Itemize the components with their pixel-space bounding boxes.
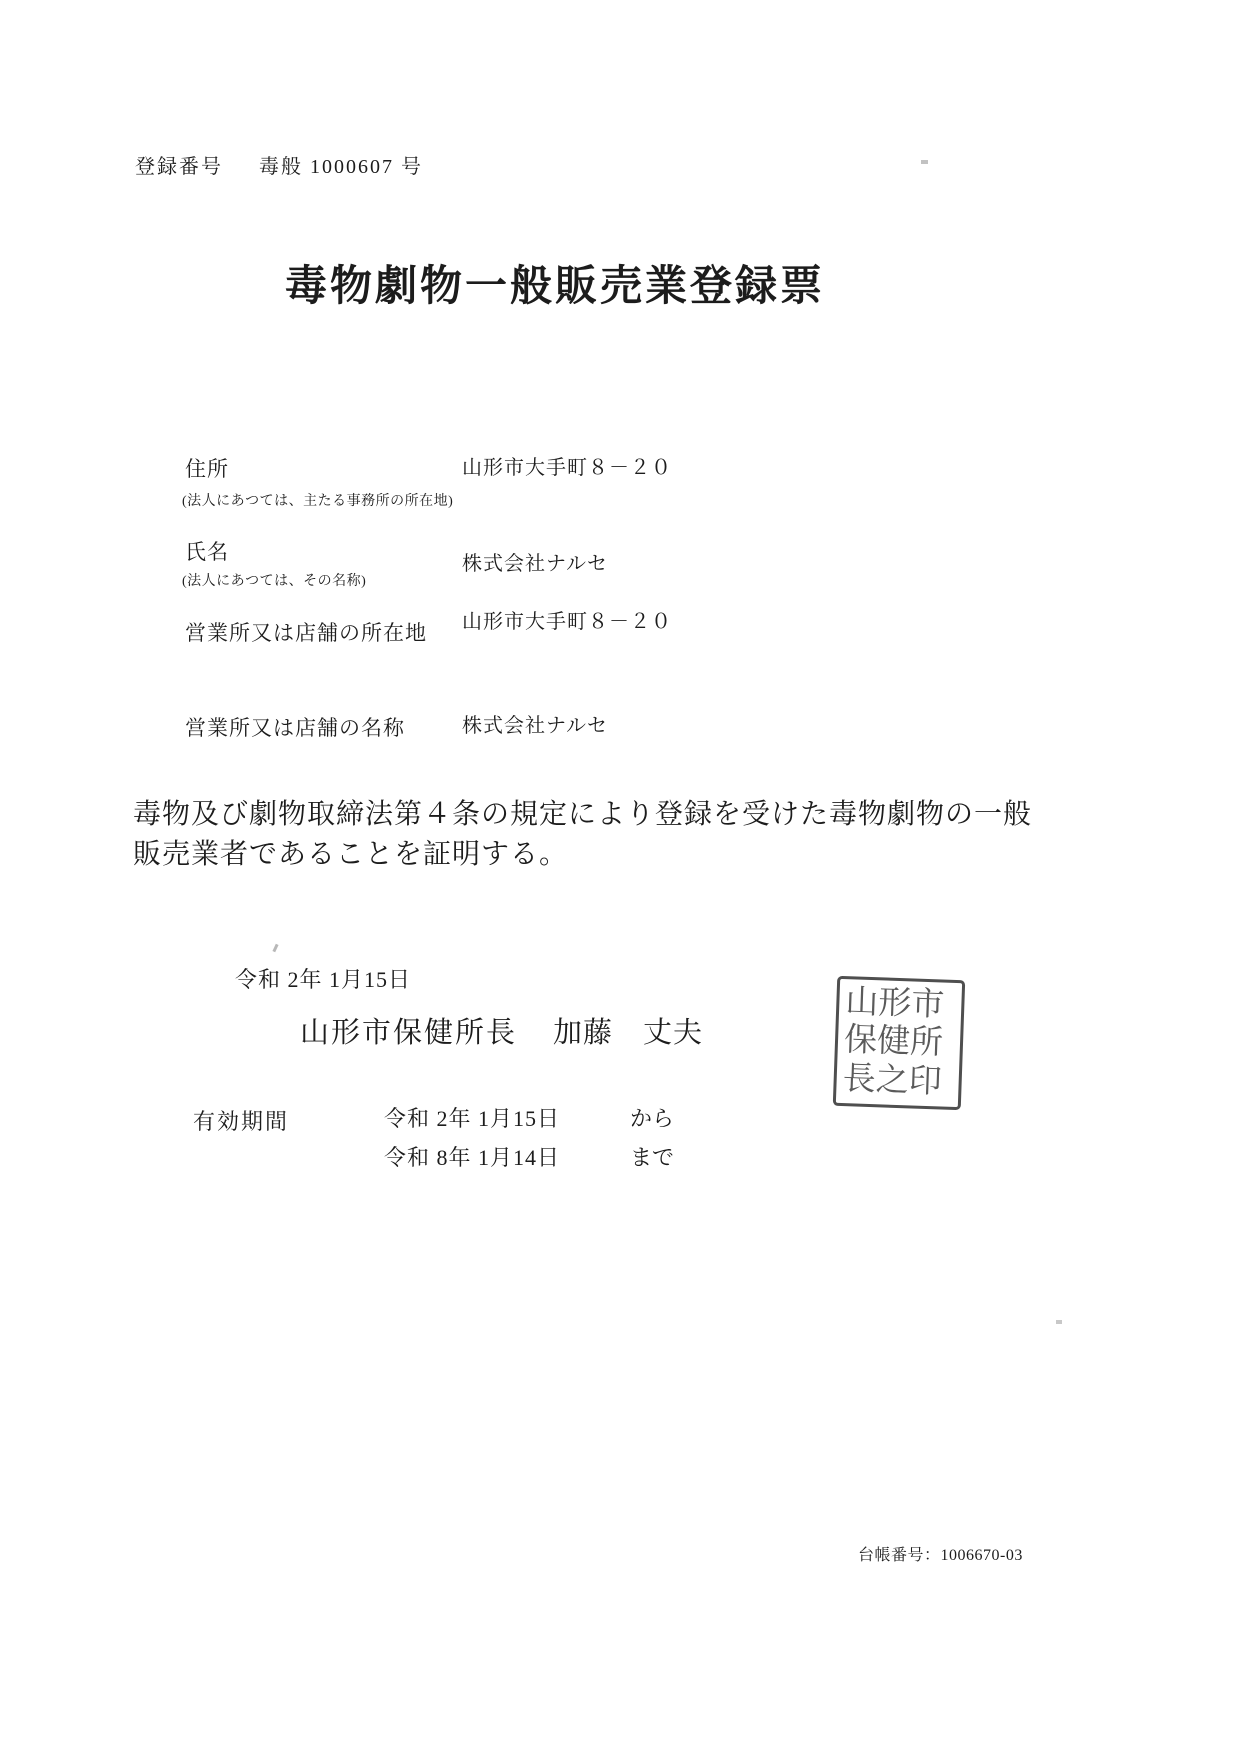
issue-date: 令和 2年 1月15日 bbox=[235, 963, 411, 994]
field-note-address: (法人にあつては、主たる事務所の所在地) bbox=[182, 490, 453, 510]
field-value-address: 山形市大手町８－２０ bbox=[462, 451, 672, 480]
ledger-number-label: 台帳番号 bbox=[858, 1547, 924, 1564]
scan-artifact bbox=[1056, 1320, 1062, 1324]
field-value-office-name: 株式会社ナルセ bbox=[462, 709, 608, 738]
issuer-title: 山形市保健所長 bbox=[300, 1010, 517, 1051]
ledger-number-separator: ： bbox=[924, 1547, 941, 1564]
registration-number-line: 登録番号毒般 1000607 号 bbox=[135, 150, 423, 179]
field-label-office-name: 営業所又は店舗の名称 bbox=[185, 712, 405, 742]
validity-period-label: 有効期間 bbox=[193, 1105, 289, 1136]
field-label-name: 氏名 bbox=[185, 536, 229, 566]
field-value-office-address: 山形市大手町８－２０ bbox=[462, 605, 672, 634]
certification-line-1: 毒物及び劇物取締法第４条の規定により登録を受けた毒物劇物の一般 bbox=[133, 795, 1063, 835]
certificate-page: 登録番号毒般 1000607 号 毒物劇物一般販売業登録票 住所 (法人にあつて… bbox=[0, 0, 1241, 1755]
certification-paragraph: 毒物及び劇物取締法第４条の規定により登録を受けた毒物劇物の一般 販売業者であるこ… bbox=[133, 795, 1063, 875]
scan-artifact bbox=[921, 160, 928, 164]
seal-row-3: 長之印 bbox=[842, 1063, 953, 1100]
seal-row-1: 山形市 bbox=[845, 986, 956, 1023]
validity-from-suffix: から bbox=[630, 1102, 674, 1133]
official-seal-stamp: 山形市 保健所 長之印 bbox=[833, 976, 965, 1110]
validity-to-suffix: まで bbox=[630, 1141, 674, 1172]
page-title: 毒物劇物一般販売業登録票 bbox=[0, 253, 1110, 313]
ledger-number-value: 1006670-03 bbox=[941, 1547, 1023, 1564]
registration-number-value: 毒般 1000607 号 bbox=[259, 156, 423, 178]
issuer-name: 加藤 丈夫 bbox=[553, 1010, 703, 1051]
registration-number-label: 登録番号 bbox=[135, 156, 223, 178]
ledger-number-line: 台帳番号：1006670-03 bbox=[858, 1542, 1023, 1565]
field-note-name: (法人にあつては、その名称) bbox=[182, 570, 366, 590]
certification-line-2: 販売業者であることを証明する。 bbox=[133, 835, 1063, 875]
field-label-office-address: 営業所又は店舗の所在地 bbox=[185, 617, 427, 647]
validity-to-date: 令和 8年 1月14日 bbox=[384, 1141, 560, 1172]
field-label-address: 住所 bbox=[185, 453, 229, 483]
scan-artifact bbox=[272, 944, 278, 953]
seal-row-2: 保健所 bbox=[843, 1025, 954, 1062]
field-value-name: 株式会社ナルセ bbox=[462, 547, 608, 576]
validity-from-date: 令和 2年 1月15日 bbox=[384, 1102, 560, 1133]
